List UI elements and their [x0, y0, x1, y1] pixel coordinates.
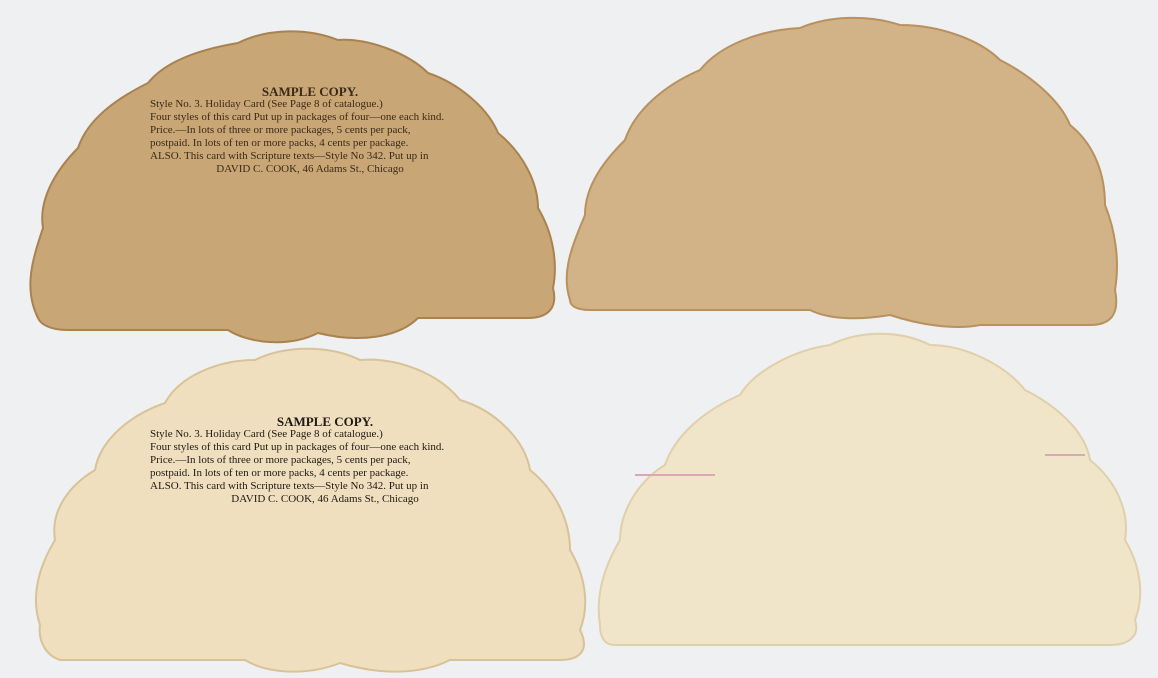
fan-card-shape — [595, 330, 1145, 655]
fan-card-shape — [560, 10, 1125, 340]
printed-text-top-left: SAMPLE COPY. Style No. 3. Holiday Card (… — [150, 85, 470, 176]
fan-card-shape — [18, 18, 563, 348]
fan-card-shape — [30, 345, 595, 675]
card-bottom-left-printed — [30, 345, 595, 675]
card-top-left-printed — [18, 18, 563, 348]
card-top-right-blank — [560, 10, 1125, 340]
printed-text-bottom-left: SAMPLE COPY. Style No. 3. Holiday Card (… — [150, 415, 500, 506]
card-bottom-right-blank — [595, 330, 1145, 655]
heading: SAMPLE COPY. — [150, 85, 470, 98]
heading: SAMPLE COPY. — [150, 415, 500, 428]
